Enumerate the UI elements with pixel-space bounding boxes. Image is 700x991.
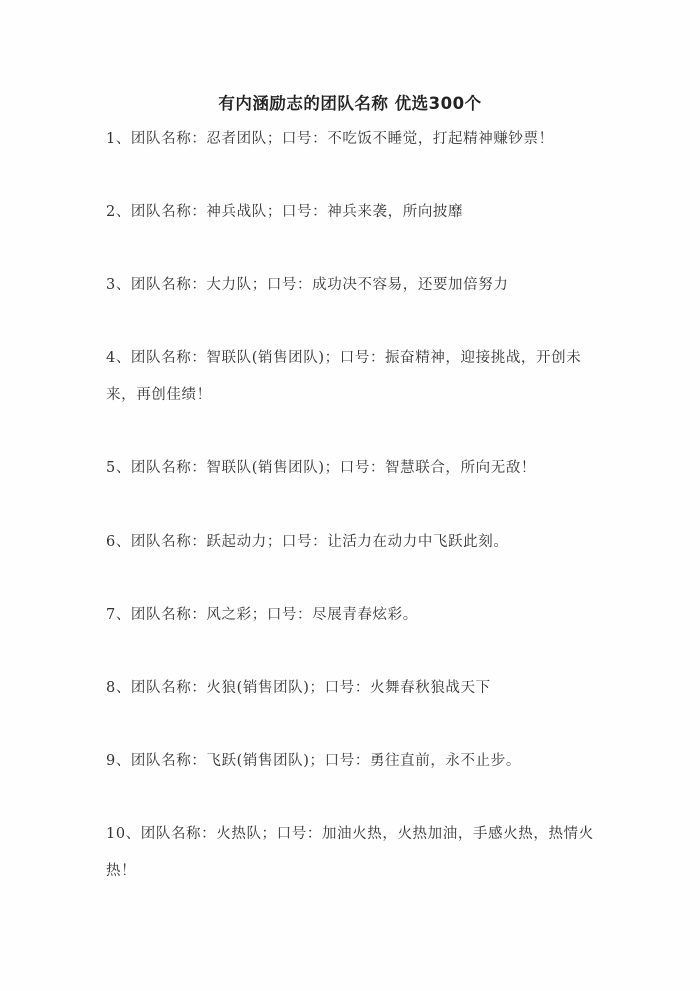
list-item-10: 10、团队名称：火热队；口号：加油火热，火热加油，手感火热，热情火热！ [106,816,596,890]
list-item-4: 4、团队名称：智联队(销售团队)；口号：振奋精神，迎接挑战，开创未来，再创佳绩！ [106,340,596,414]
document-page: 有内涵励志的团队名称 优选300个 1、团队名称：忍者团队；口号：不吃饭不睡觉，… [0,0,700,991]
document-title: 有内涵励志的团队名称 优选300个 [0,90,700,114]
list-item-7: 7、团队名称：风之彩；口号：尽展青春炫彩。 [106,597,596,634]
list-item-3: 3、团队名称：大力队；口号：成功决不容易，还要加倍努力 [106,267,596,304]
list-item-8: 8、团队名称：火狼(销售团队)；口号：火舞春秋狼战天下 [106,670,596,707]
list-item-9: 9、团队名称：飞跃(销售团队)；口号：勇往直前，永不止步。 [106,743,596,780]
list-item-6: 6、团队名称：跃起动力；口号：让活力在动力中飞跃此刻。 [106,524,596,561]
list-item-5: 5、团队名称：智联队(销售团队)；口号：智慧联合，所向无敌！ [106,450,596,487]
list-item-1: 1、团队名称：忍者团队；口号：不吃饭不睡觉，打起精神赚钞票！ [106,121,596,158]
list-item-2: 2、团队名称：神兵战队；口号：神兵来袭，所向披靡 [106,194,596,231]
